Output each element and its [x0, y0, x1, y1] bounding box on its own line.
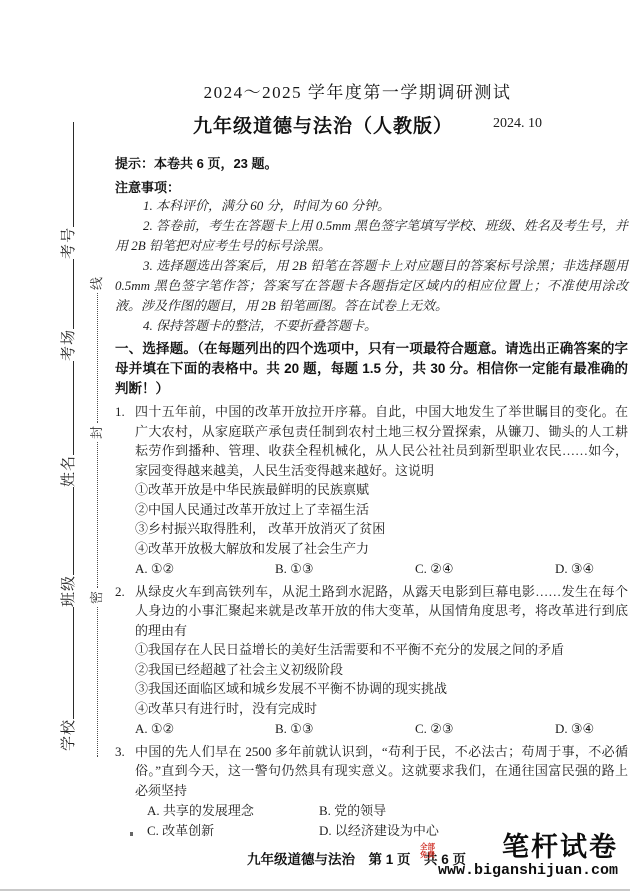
section-heading: 一、选择题。（在每题列出的四个选项中，只有一项最符合题意。请选出正确答案的字母并…	[115, 339, 628, 399]
question-stem: 中国的先人们早在 2500 多年前就认识到，“苟利于民，不必法古；苟周于事，不必…	[135, 742, 628, 801]
statement-item: ①改革开放是中华民族最鲜明的民族禀赋	[135, 480, 628, 500]
fill-blank-line	[73, 487, 74, 575]
choices-row: A. ①② B. ①③ C. ②④ D. ③④	[135, 559, 628, 579]
fill-blank-line	[73, 259, 74, 329]
seal-char-xian: 线	[90, 274, 104, 293]
note-item: 1. 本科评价，满分 60 分，时间为 60 分钟。	[115, 196, 628, 216]
fill-blank-line	[73, 751, 74, 757]
statement-item: ③乡村振兴取得胜利， 改革开放消灭了贫困	[135, 519, 628, 539]
question-body: 中国的先人们早在 2500 多年前就认识到，“苟利于民，不必法古；苟周于事，不必…	[135, 742, 628, 841]
subtitle-row: 九年级道德与法治（人教版） 2024. 10	[115, 111, 628, 137]
watermark-brand-row: 全部免费 笔杆试卷	[408, 832, 618, 862]
question-1: 1. 四十五年前，中国的改革开放拉开序幕。自此，中国大地发生了举世瞩目的变化。在…	[115, 402, 628, 579]
seal-label-name: 姓名	[60, 455, 78, 487]
seal-dots	[97, 607, 98, 757]
watermark: 全部免费 笔杆试卷 www.biganshijuan.com	[408, 832, 618, 880]
statement-item: ④改革开放极大解放和发展了社会生产力	[135, 539, 628, 559]
choice-c: C. ②④	[415, 559, 555, 579]
statement-item: ②中国人民通过改革开放过上了幸福生活	[135, 500, 628, 520]
note-item: 3. 选择题选出答案后，用 2B 铅笔在答题卡上对应题目的答案标号涂黑；非选择题…	[115, 256, 628, 316]
seal-dots	[97, 442, 98, 588]
seal-dotted-line: 密 封 线	[88, 120, 106, 757]
question-body: 四十五年前，中国的改革开放拉开序幕。自此，中国大地发生了举世瞩目的变化。在广大农…	[135, 402, 628, 579]
fill-blank-line	[73, 361, 74, 455]
choice-b: B. ①③	[275, 719, 415, 739]
question-stem: 四十五年前，中国的改革开放拉开序幕。自此，中国大地发生了举世瞩目的变化。在广大农…	[135, 402, 628, 480]
choice-a: A. ①②	[135, 559, 275, 579]
fill-blank-line	[73, 607, 74, 719]
note-item: 4. 保持答题卡的整洁，不要折叠答题卡。	[115, 316, 628, 336]
seal-label-number: 考号	[60, 227, 78, 259]
seal-label-school: 学校	[60, 719, 78, 751]
exam-date: 2024. 10	[493, 116, 542, 132]
choice-c: C. 改革创新	[147, 821, 319, 841]
watermark-free-tag: 全部免费	[420, 843, 437, 859]
seal-char-feng: 封	[90, 423, 104, 442]
exam-subject-title: 九年级道德与法治（人教版）	[193, 111, 453, 138]
choice-a: A. 共享的发展理念	[147, 801, 319, 821]
choice-a: A. ①②	[135, 719, 275, 739]
choice-d: D. ③④	[555, 559, 594, 579]
question-number: 3.	[115, 742, 135, 841]
seal-strip-labels: 学校 班级 姓名 考场 考号	[50, 122, 78, 757]
seal-char-mi: 密	[90, 588, 104, 607]
choice-b: B. 党的领导	[319, 801, 628, 821]
question-number: 1.	[115, 402, 135, 579]
fill-blank-line	[73, 122, 74, 227]
paper-content: 2024～2025 学年度第一学期调研测试 九年级道德与法治（人教版） 2024…	[115, 0, 628, 868]
watermark-url: www.biganshijuan.com	[408, 862, 618, 880]
choice-d: D. ③④	[555, 719, 594, 739]
statement-item: ②我国已经超越了社会主义初级阶段	[135, 660, 628, 680]
choice-b: B. ①③	[275, 559, 415, 579]
paper-hint: 提示：本卷共 6 页，23 题。	[115, 153, 628, 172]
exam-paper-page: { "header": { "title": "2024～2025 学年度第一学…	[0, 0, 630, 892]
scan-bottom-edge	[0, 889, 630, 891]
notes-heading: 注意事项：	[115, 177, 628, 196]
question-statements: ①改革开放是中华民族最鲜明的民族禀赋 ②中国人民通过改革开放过上了幸福生活 ③乡…	[135, 480, 628, 558]
question-number: 2.	[115, 582, 135, 739]
watermark-brand: 笔杆试卷	[502, 832, 618, 862]
note-item: 2. 答卷前，考生在答题卡上用 0.5mm 黑色签字笔填写学校、班级、姓名及考生…	[115, 216, 628, 256]
seal-dots	[97, 293, 98, 423]
question-3: 3. 中国的先人们早在 2500 多年前就认识到，“苟利于民，不必法古；苟周于事…	[115, 742, 628, 841]
scan-speck	[130, 832, 133, 836]
seal-label-class: 班级	[60, 575, 78, 607]
question-stem: 从绿皮火车到高铁列车，从泥土路到水泥路，从露天电影到巨幕电影……发生在每个人身边…	[135, 582, 628, 641]
choice-c: C. ②③	[415, 719, 555, 739]
statement-item: ①我国存在人民日益增长的美好生活需要和不平衡不充分的发展之间的矛盾	[135, 640, 628, 660]
question-body: 从绿皮火车到高铁列车，从泥土路到水泥路，从露天电影到巨幕电影……发生在每个人身边…	[135, 582, 628, 739]
question-statements: ①我国存在人民日益增长的美好生活需要和不平衡不充分的发展之间的矛盾 ②我国已经超…	[135, 640, 628, 718]
statement-item: ③我国还面临区域和城乡发展不平衡不协调的现实挑战	[135, 679, 628, 699]
choices-row: A. ①② B. ①③ C. ②③ D. ③④	[135, 719, 628, 739]
seal-label-room: 考场	[60, 329, 78, 361]
exam-title: 2024～2025 学年度第一学期调研测试	[115, 78, 628, 103]
statement-item: ④改革只有进行时，没有完成时	[135, 699, 628, 719]
question-2: 2. 从绿皮火车到高铁列车，从泥土路到水泥路，从露天电影到巨幕电影……发生在每个…	[115, 582, 628, 739]
